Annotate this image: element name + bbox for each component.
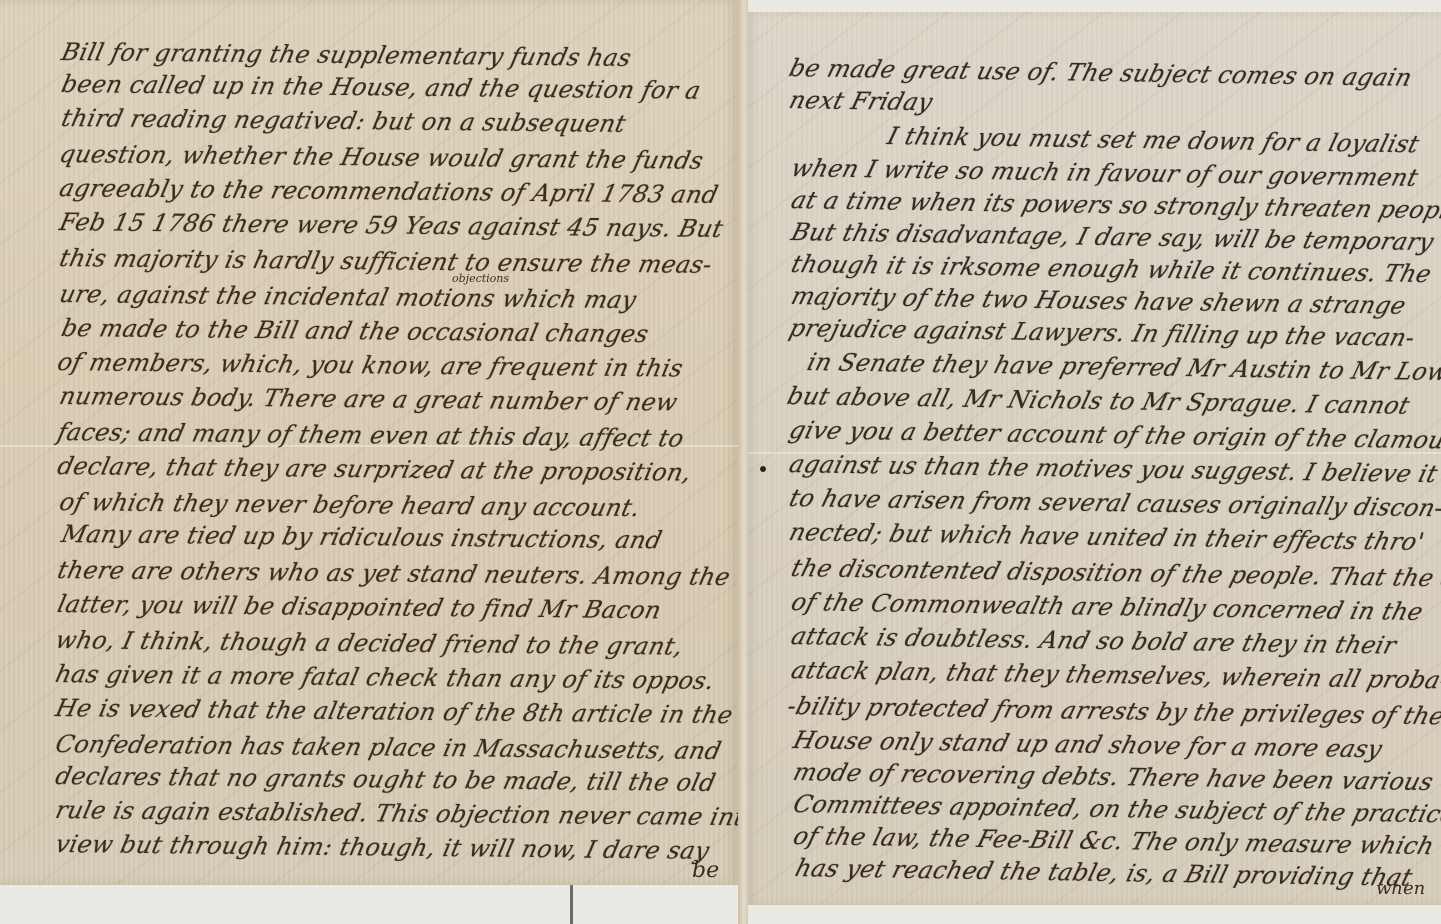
text-line: been called up in the House, and the que… xyxy=(59,70,704,105)
text-line: Many are tied up by ridiculous instructi… xyxy=(59,520,665,554)
page-gutter xyxy=(738,0,748,924)
scan-margin-top xyxy=(748,0,1441,12)
text-line: be made great use of. The subject comes … xyxy=(786,54,1415,92)
text-line: rule is again established. This objectio… xyxy=(53,796,738,831)
text-line: of the law, the Fee-Bill &c. The only me… xyxy=(790,822,1437,860)
text-line: prejudice against Lawyers. In filling up… xyxy=(786,314,1418,352)
text-line: next Friday xyxy=(786,86,936,116)
text-line: give you a better account of the origin … xyxy=(786,416,1441,455)
text-line: Bill for granting the supplementary fund… xyxy=(59,38,634,72)
text-line: attack is doubtless. And so bold are the… xyxy=(788,622,1399,660)
text-line: against us than the motives you suggest.… xyxy=(786,450,1440,488)
text-line: majority of the two Houses have shewn a … xyxy=(788,282,1409,320)
text-line: ure, against the incidental motions whic… xyxy=(57,280,639,314)
text-line: faces; and many of them even at this day… xyxy=(55,418,687,453)
left-page: Bill for granting the supplementary fund… xyxy=(0,0,738,885)
text-line: who, I think, though a decided friend to… xyxy=(53,626,686,661)
text-line: this majority is hardly sufficient to en… xyxy=(57,244,715,279)
text-line: attack plan, that they themselves, where… xyxy=(788,656,1441,694)
text-line: there are others who as yet stand neuter… xyxy=(55,556,733,591)
text-line: question, whether the House would grant … xyxy=(57,140,706,175)
text-line: to have arisen from several causes origi… xyxy=(786,484,1441,522)
text-line: third reading negatived: but on a subseq… xyxy=(59,104,629,138)
text-line: in Senate they have preferred Mr Austin … xyxy=(804,348,1441,387)
text-line: of which they never before heard any acc… xyxy=(57,488,643,522)
catchword: when xyxy=(1376,878,1425,899)
text-line: though it is irksome enough while it con… xyxy=(788,250,1434,288)
text-line: He is vexed that the alteration of the 8… xyxy=(53,694,736,729)
text-line: be made to the Bill and the occasional c… xyxy=(59,314,652,348)
text-line: numerous body. There are a great number … xyxy=(57,382,680,416)
text-line: But this disadvantage, I dare say, will … xyxy=(788,218,1437,256)
text-line: of the Commonwealth are blindly concerne… xyxy=(788,588,1426,626)
text-line: I think you must set me down for a loyal… xyxy=(884,122,1422,158)
left-page-text: Bill for granting the supplementary fund… xyxy=(0,0,738,885)
text-line: latter, you will be disappointed to find… xyxy=(55,590,664,624)
right-page-text: be made great use of. The subject comes … xyxy=(748,12,1441,905)
text-line: Confederation has taken place in Massach… xyxy=(53,730,724,765)
text-line: view but through him: though, it will no… xyxy=(53,830,712,865)
letter-scan: Bill for granting the supplementary fund… xyxy=(0,0,1441,924)
text-line: nected; but which have united in their e… xyxy=(786,518,1427,556)
text-line: declares that no grants ought to be made… xyxy=(53,762,719,797)
text-line: has given it a more fatal check than any… xyxy=(53,660,717,695)
text-line: of members, which, you know, are frequen… xyxy=(55,348,686,383)
text-line: -bility protected from arrests by the pr… xyxy=(784,692,1441,730)
text-line: Feb 15 1786 there were 59 Yeas against 4… xyxy=(57,208,726,243)
text-line: agreeably to the recommendations of Apri… xyxy=(57,174,721,209)
text-line: mode of recovering debts. There have bee… xyxy=(790,758,1436,796)
catchword: be xyxy=(692,858,719,883)
text-line: but above all, Mr Nichols to Mr Sprague.… xyxy=(784,382,1413,420)
binding-shadow xyxy=(570,885,573,924)
right-page: be made great use of. The subject comes … xyxy=(748,12,1441,905)
text-line: declare, that they are surprized at the … xyxy=(55,452,694,487)
text-line: when I write so much in favour of our go… xyxy=(788,154,1421,192)
text-line: House only stand up and shove for a more… xyxy=(790,726,1385,763)
text-line: has yet reached the table, is, a Bill pr… xyxy=(792,854,1415,892)
text-line: the discontented disposition of the peop… xyxy=(788,554,1441,594)
interlinear-insertion: objections xyxy=(452,272,509,285)
